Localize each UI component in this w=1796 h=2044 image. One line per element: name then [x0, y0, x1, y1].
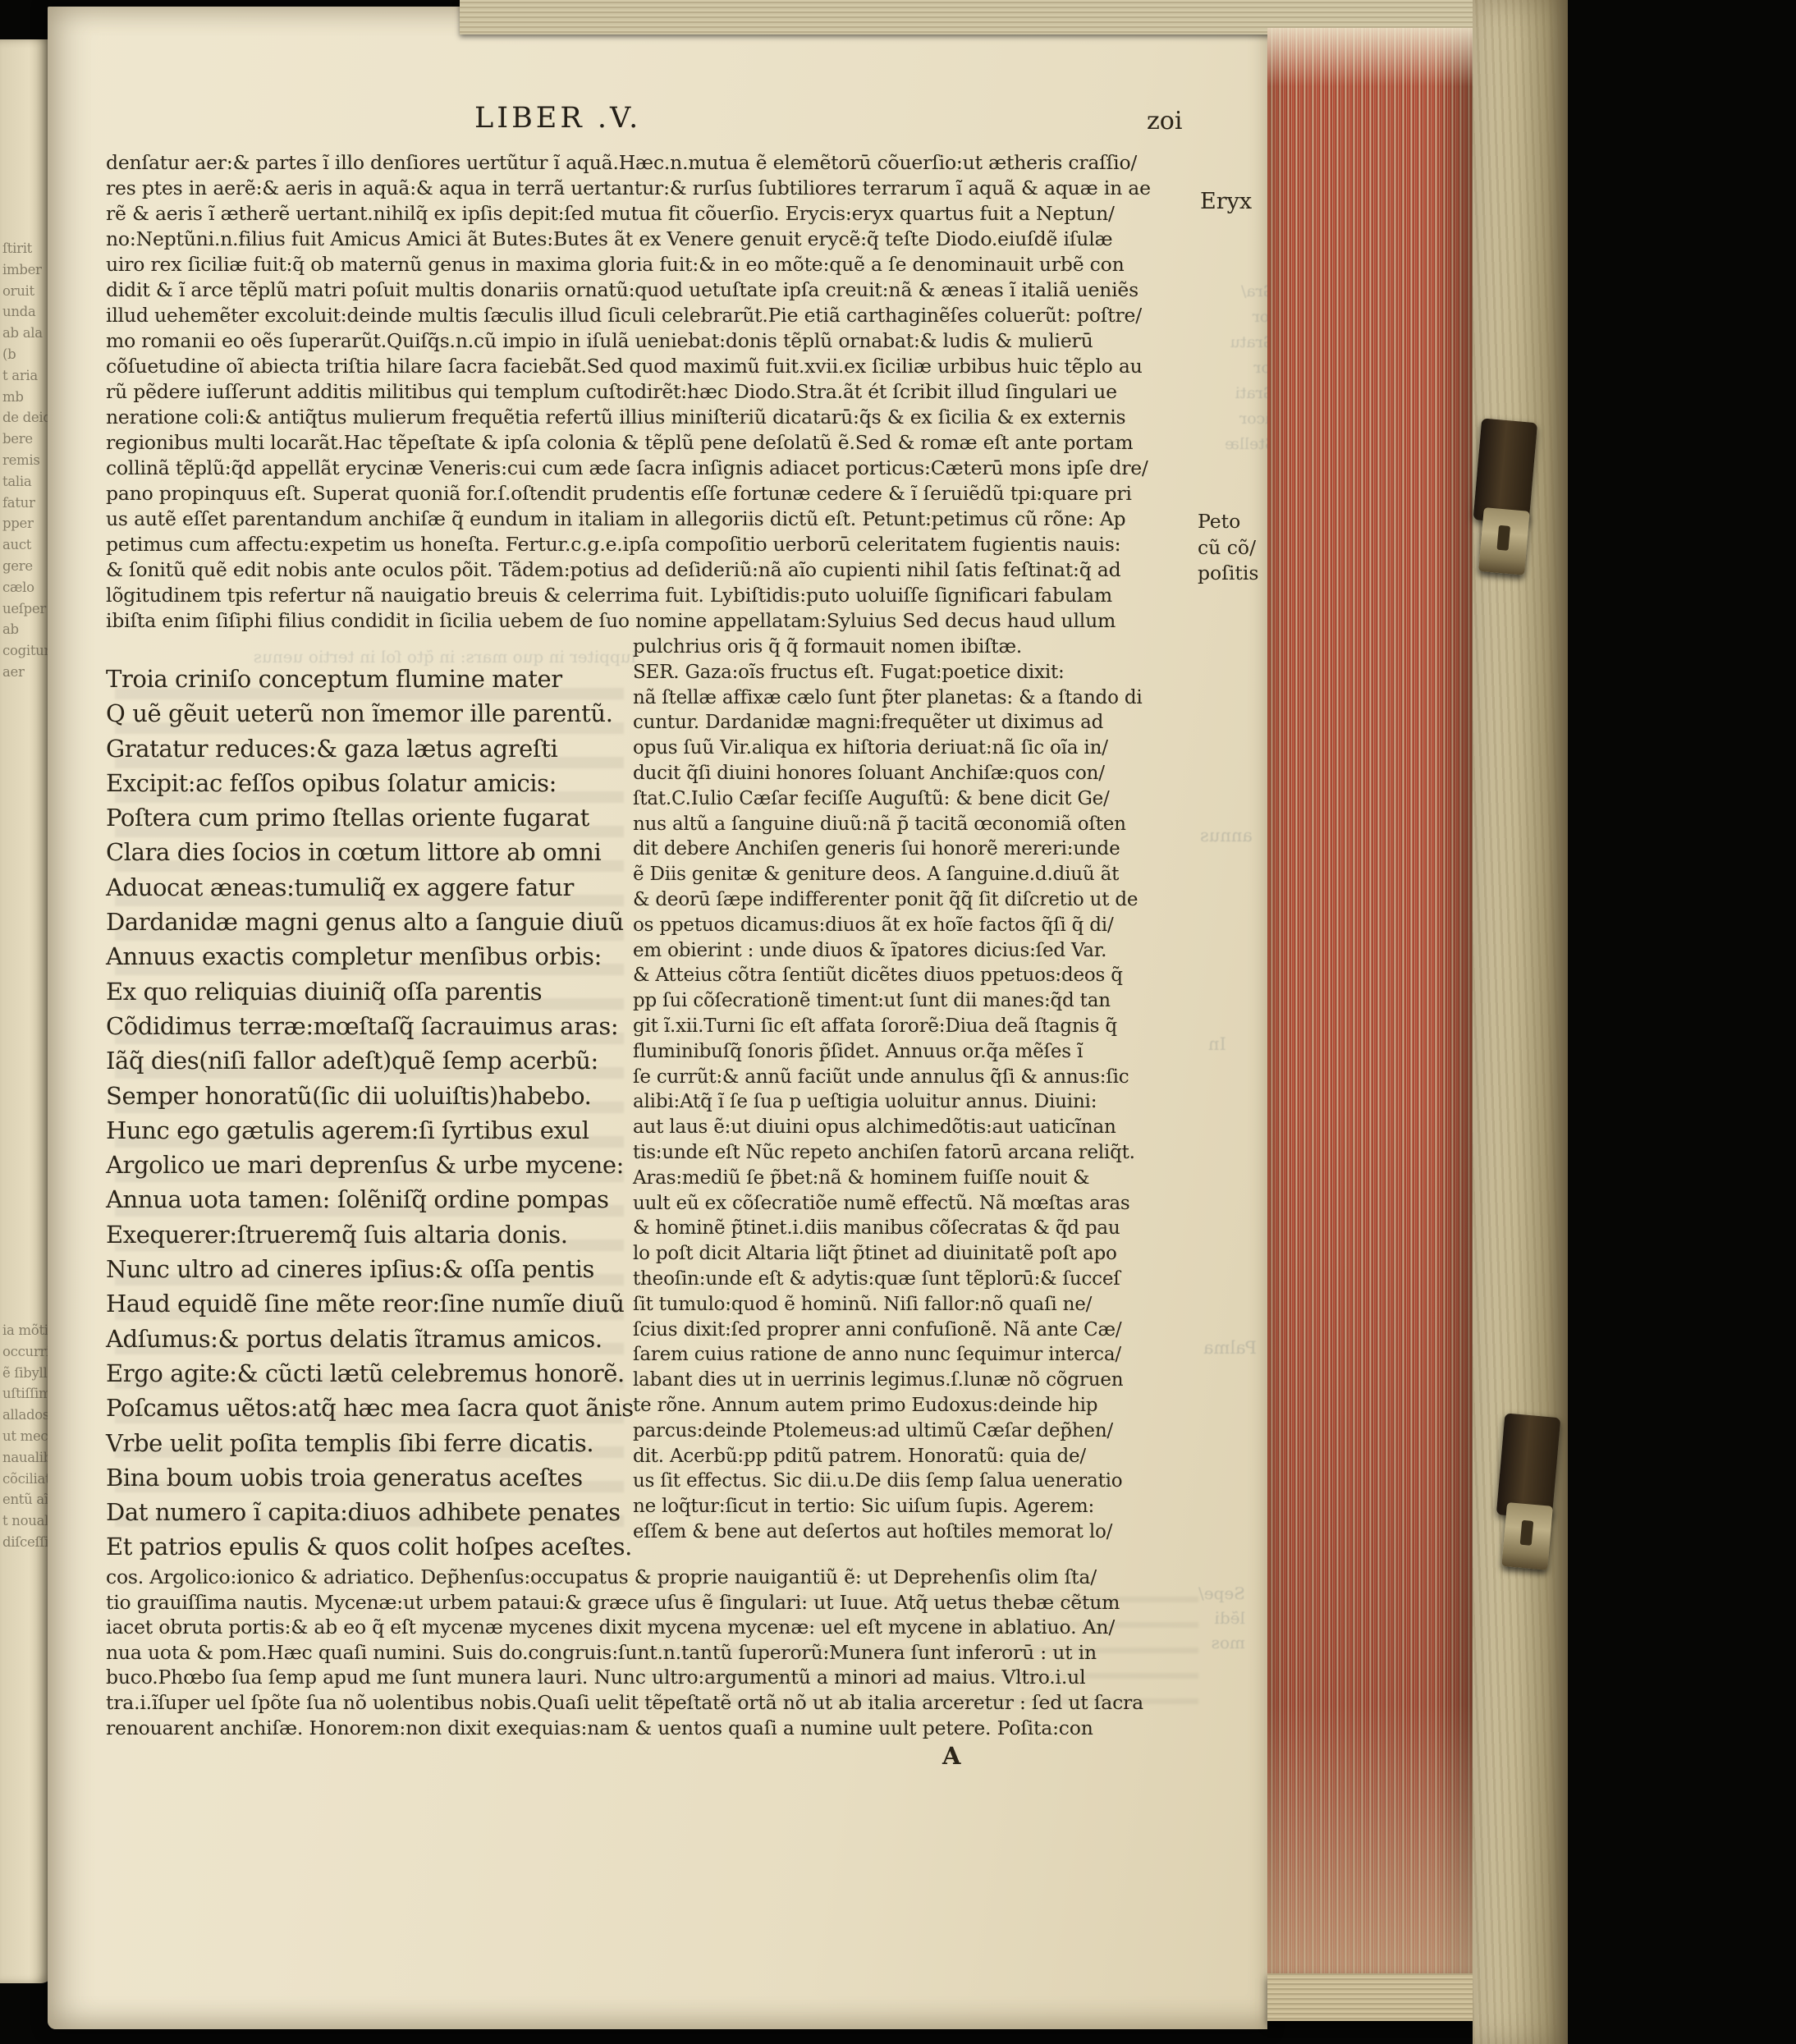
clasp-lower-slot: [1520, 1520, 1534, 1546]
margin-note-peto: Peto cũ cõ/ poſitis: [1198, 509, 1258, 587]
clasp-lower: [1475, 1412, 1613, 1598]
margin-note-eryx: Eryx: [1200, 189, 1252, 214]
bottom-commentary-block: cos. Argolico:ionico & adriatico. Dep̃he…: [106, 1565, 1214, 1740]
book-photograph: { "colors":{ "background":"#060605", "pa…: [0, 0, 1796, 2044]
folio-number: zoi: [1147, 107, 1182, 135]
clasp-upper: [1452, 417, 1590, 599]
fore-edge-tail: [1267, 1973, 1473, 2021]
fore-edge-shading: [1267, 28, 1473, 1978]
show-through-word-palma: Palma: [1203, 1338, 1257, 1358]
verse-column: Troia criniſo conceptum flumine mater Q …: [106, 662, 634, 1565]
commentary-column: pulchrius oris q̃ q̃ formauit nomen ibiſ…: [633, 635, 1207, 1545]
top-commentary-block: denſatur aer:& partes ĩ illo denſiores u…: [106, 150, 1210, 634]
show-through-word-annus: annus: [1200, 826, 1253, 846]
back-cover-grain: [1473, 0, 1568, 2044]
page-title: LIBER .V.: [474, 102, 641, 135]
left-pages-edge-strip: ſtirit imber oruit unda ab ala (b t aria…: [0, 39, 53, 1983]
show-through-stack-sepe: Sepe/ lẽdi mos: [1198, 1581, 1245, 1655]
clasp-upper-slot: [1496, 525, 1510, 551]
left-marginalia-fragments-lower: ia mõtis occurrit ẽ ſibyllã uſtiſſime al…: [2, 1320, 53, 1553]
signature-mark: A: [942, 1742, 961, 1770]
left-marginalia-fragments-upper: ſtirit imber oruit unda ab ala (b t aria…: [2, 238, 53, 683]
show-through-word-in: In: [1208, 1034, 1226, 1054]
